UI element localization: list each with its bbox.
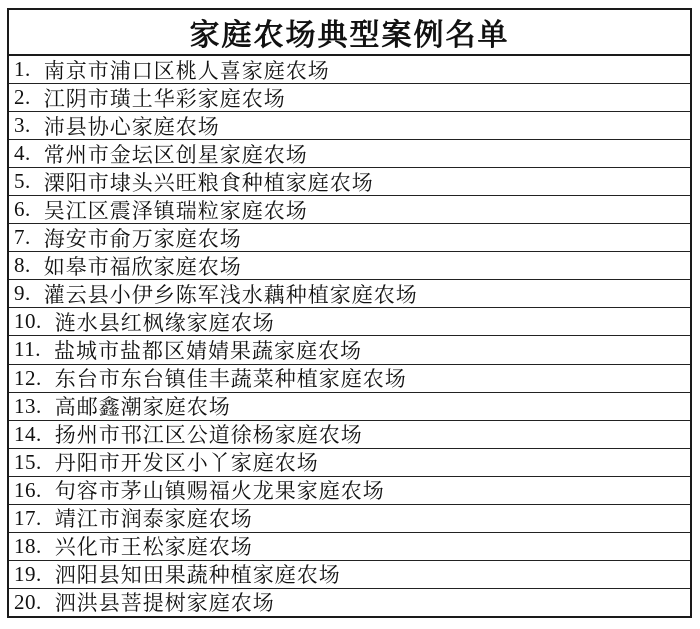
farm-name: 靖江市润泰家庭农场 (55, 504, 253, 532)
row-number: 20. (14, 590, 42, 615)
table-row: 14. 扬州市邗江区公道徐杨家庭农场 (9, 420, 690, 448)
farm-name: 高邮鑫潮家庭农场 (55, 392, 231, 420)
table-row: 19. 泗阳县知田果蔬种植家庭农场 (9, 560, 690, 588)
farm-name: 涟水县红枫缘家庭农场 (55, 307, 275, 335)
farm-name: 溧阳市埭头兴旺粮食种植家庭农场 (44, 167, 374, 195)
row-number: 11. (14, 337, 41, 362)
farm-name: 吴江区震泽镇瑞粒家庭农场 (44, 195, 308, 223)
table-row: 4. 常州市金坛区创星家庭农场 (9, 139, 690, 167)
row-number: 9. (14, 281, 31, 306)
row-number: 5. (14, 169, 31, 194)
row-number: 2. (14, 85, 31, 110)
row-number: 1. (14, 57, 31, 82)
farm-name: 常州市金坛区创星家庭农场 (44, 139, 308, 167)
table-row: 1. 南京市浦口区桃人喜家庭农场 (9, 56, 690, 83)
farm-name: 江阴市璜土华彩家庭农场 (44, 83, 286, 111)
farm-name: 扬州市邗江区公道徐杨家庭农场 (55, 420, 363, 448)
row-number: 19. (14, 562, 42, 587)
row-number: 4. (14, 141, 31, 166)
table-row: 9. 灌云县小伊乡陈军浅水藕种植家庭农场 (9, 279, 690, 307)
farm-name: 灌云县小伊乡陈军浅水藕种植家庭农场 (44, 279, 418, 307)
table-row: 3. 沛县协心家庭农场 (9, 111, 690, 139)
table-row: 17. 靖江市润泰家庭农场 (9, 504, 690, 532)
row-number: 17. (14, 506, 42, 531)
farm-name: 兴化市王松家庭农场 (55, 532, 253, 560)
table-row: 11. 盐城市盐都区婧婧果蔬家庭农场 (9, 335, 690, 363)
row-number: 3. (14, 113, 31, 138)
farm-name: 句容市茅山镇赐福火龙果家庭农场 (55, 476, 385, 504)
farm-name: 南京市浦口区桃人喜家庭农场 (44, 56, 330, 83)
farm-name: 泗洪县菩提树家庭农场 (55, 588, 275, 616)
table-row: 8. 如皋市福欣家庭农场 (9, 251, 690, 279)
farm-name: 东台市东台镇佳丰蔬菜种植家庭农场 (55, 364, 407, 392)
table-row: 15. 丹阳市开发区小丫家庭农场 (9, 448, 690, 476)
table-row: 20. 泗洪县菩提树家庭农场 (9, 588, 690, 616)
row-number: 16. (14, 478, 42, 503)
table-row: 7. 海安市俞万家庭农场 (9, 223, 690, 251)
row-number: 7. (14, 225, 31, 250)
row-number: 6. (14, 197, 31, 222)
row-number: 14. (14, 422, 42, 447)
table-row: 10. 涟水县红枫缘家庭农场 (9, 307, 690, 335)
farm-name: 丹阳市开发区小丫家庭农场 (55, 448, 319, 476)
row-number: 18. (14, 534, 42, 559)
row-number: 12. (14, 366, 42, 391)
farm-name: 沛县协心家庭农场 (44, 111, 220, 139)
table-row: 2. 江阴市璜土华彩家庭农场 (9, 83, 690, 111)
farm-list-table: 家庭农场典型案例名单 1. 南京市浦口区桃人喜家庭农场 2. 江阴市璜土华彩家庭… (7, 8, 692, 618)
farm-name: 如皋市福欣家庭农场 (44, 251, 242, 279)
table-row: 16. 句容市茅山镇赐福火龙果家庭农场 (9, 476, 690, 504)
table-row: 6. 吴江区震泽镇瑞粒家庭农场 (9, 195, 690, 223)
table-title: 家庭农场典型案例名单 (9, 10, 690, 56)
farm-name: 盐城市盐都区婧婧果蔬家庭农场 (54, 335, 362, 363)
row-number: 15. (14, 450, 42, 475)
farm-name: 海安市俞万家庭农场 (44, 223, 242, 251)
table-row: 18. 兴化市王松家庭农场 (9, 532, 690, 560)
row-number: 13. (14, 394, 42, 419)
table-row: 12. 东台市东台镇佳丰蔬菜种植家庭农场 (9, 364, 690, 392)
row-number: 8. (14, 253, 31, 278)
table-row: 5. 溧阳市埭头兴旺粮食种植家庭农场 (9, 167, 690, 195)
farm-name: 泗阳县知田果蔬种植家庭农场 (55, 560, 341, 588)
row-number: 10. (14, 309, 42, 334)
table-row: 13. 高邮鑫潮家庭农场 (9, 392, 690, 420)
